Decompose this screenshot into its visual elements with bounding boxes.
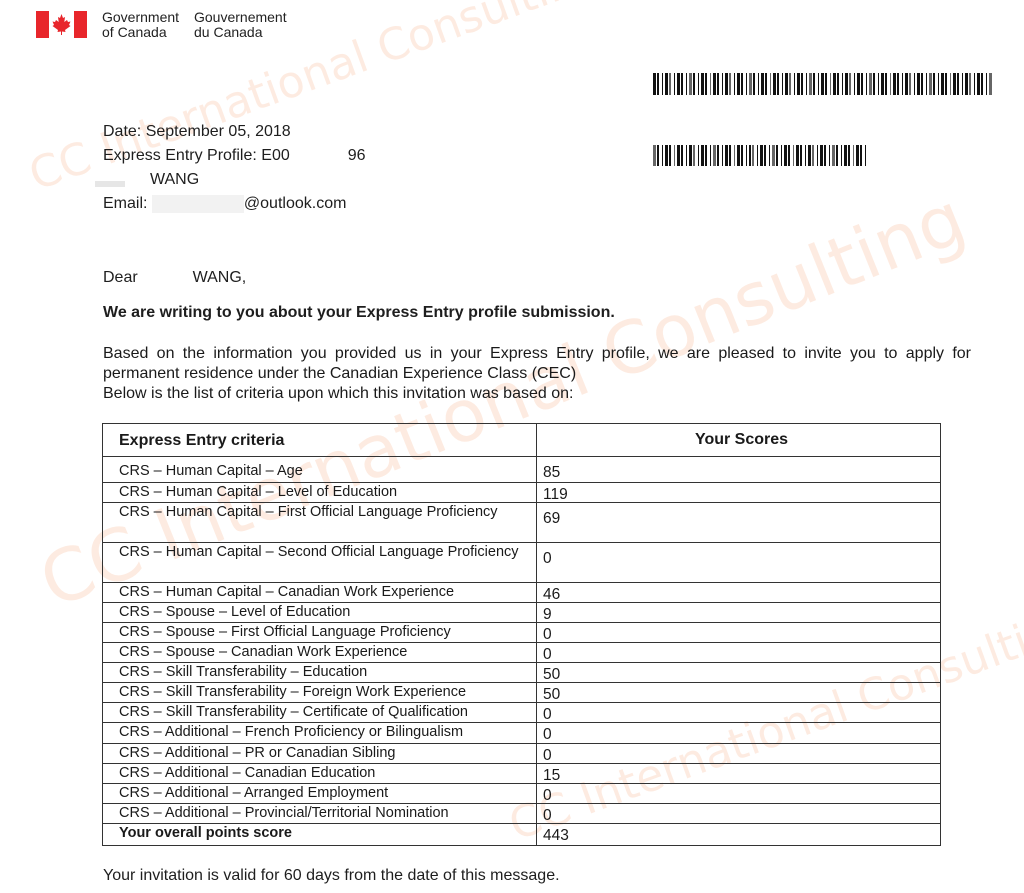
table-row: CRS – Additional – Provincial/Territoria… — [103, 803, 940, 823]
government-of-canada-fr: Gouvernement du Canada — [194, 10, 287, 40]
barcode-bottom — [653, 145, 868, 166]
table-row: CRS – Skill Transferability – Foreign Wo… — [103, 682, 940, 702]
table-row: CRS – Spouse – Canadian Work Experience0 — [103, 642, 940, 662]
para-line1: Based on the information you provided us… — [103, 344, 971, 364]
col-header-criteria: Express Entry criteria — [103, 424, 537, 456]
criteria-cell: CRS – Human Capital – Second Official La… — [103, 543, 537, 582]
criteria-cell: CRS – Spouse – Level of Education — [103, 603, 537, 622]
score-cell: 0 — [537, 784, 940, 803]
criteria-cell: CRS – Spouse – Canadian Work Experience — [103, 643, 537, 662]
criteria-cell: CRS – Additional – French Proficiency or… — [103, 723, 537, 743]
criteria-cell: CRS – Spouse – First Official Language P… — [103, 623, 537, 642]
date-line: Date: September 05, 2018 — [103, 122, 291, 142]
score-cell: 0 — [537, 744, 940, 763]
gov-fr-line1: Gouvernement — [194, 10, 287, 25]
table-row: CRS – Additional – French Proficiency or… — [103, 722, 940, 743]
criteria-cell: CRS – Human Capital – Age — [103, 457, 537, 482]
table-row: CRS – Spouse – First Official Language P… — [103, 622, 940, 642]
table-row: CRS – Additional – PR or Canadian Siblin… — [103, 743, 940, 763]
table-row: CRS – Human Capital – Level of Education… — [103, 482, 940, 502]
email-domain: @outlook.com — [244, 195, 347, 212]
profile-line: Express Entry Profile: E0096 — [103, 146, 366, 166]
date-label: Date: — [103, 123, 141, 140]
total-label: Your overall points score — [103, 824, 537, 845]
salutation-name: WANG, — [193, 269, 247, 286]
intro-paragraph: Based on the information you provided us… — [103, 344, 971, 404]
gov-en-line1: Government — [102, 10, 179, 25]
redacted-block — [152, 195, 244, 213]
salutation: Dear WANG, — [103, 269, 246, 287]
salutation-prefix: Dear — [103, 269, 138, 286]
criteria-cell: CRS – Skill Transferability – Education — [103, 663, 537, 682]
criteria-cell: CRS – Human Capital – Level of Education — [103, 483, 537, 502]
criteria-cell: CRS – Additional – Arranged Employment — [103, 784, 537, 803]
redacted-block — [290, 147, 348, 165]
para-line2: permanent residence under the Canadian E… — [103, 364, 971, 384]
score-cell: 50 — [537, 683, 940, 702]
criteria-cell: CRS – Additional – Provincial/Territoria… — [103, 804, 537, 823]
score-cell: 0 — [537, 703, 940, 722]
criteria-table: Express Entry criteria Your Scores CRS –… — [102, 423, 941, 846]
total-score: 443 — [537, 824, 940, 845]
date-value: September 05, 2018 — [146, 123, 291, 140]
redacted-block — [95, 181, 125, 187]
email-label: Email: — [103, 195, 147, 212]
criteria-cell: CRS – Additional – PR or Canadian Siblin… — [103, 744, 537, 763]
email-line: Email: @outlook.com — [103, 194, 346, 214]
table-row: CRS – Human Capital – Canadian Work Expe… — [103, 582, 940, 602]
government-of-canada-en: Government of Canada — [102, 10, 179, 40]
score-cell: 0 — [537, 804, 940, 823]
score-cell: 85 — [537, 457, 940, 482]
score-cell: 119 — [537, 483, 940, 502]
validity-note: Your invitation is valid for 60 days fro… — [103, 867, 560, 885]
col-header-scores: Your Scores — [537, 424, 940, 456]
table-row: CRS – Additional – Canadian Education15 — [103, 763, 940, 783]
score-cell: 0 — [537, 643, 940, 662]
score-cell: 0 — [537, 623, 940, 642]
table-row: CRS – Human Capital – First Official Lan… — [103, 502, 940, 542]
score-cell: 50 — [537, 663, 940, 682]
table-row: CRS – Human Capital – Second Official La… — [103, 542, 940, 582]
profile-label: Express Entry Profile: — [103, 147, 257, 164]
maple-leaf-icon — [51, 13, 72, 36]
gov-fr-line2: du Canada — [194, 25, 287, 40]
profile-value-suffix: 96 — [348, 147, 366, 164]
table-row: CRS – Additional – Arranged Employment0 — [103, 783, 940, 803]
canada-flag-icon — [36, 11, 87, 38]
score-cell: 9 — [537, 603, 940, 622]
criteria-cell: CRS – Human Capital – Canadian Work Expe… — [103, 583, 537, 602]
subject-line: We are writing to you about your Express… — [103, 304, 615, 322]
table-total-row: Your overall points score443 — [103, 823, 940, 845]
applicant-name: WANG — [150, 170, 199, 190]
table-row: CRS – Skill Transferability – Certificat… — [103, 702, 940, 722]
score-cell: 46 — [537, 583, 940, 602]
table-row: CRS – Skill Transferability – Education5… — [103, 662, 940, 682]
criteria-cell: CRS – Skill Transferability – Foreign Wo… — [103, 683, 537, 702]
profile-value-prefix: E00 — [261, 147, 289, 164]
table-row: CRS – Spouse – Level of Education9 — [103, 602, 940, 622]
score-cell: 15 — [537, 764, 940, 783]
criteria-cell: CRS – Human Capital – First Official Lan… — [103, 503, 537, 542]
barcode-top — [653, 73, 993, 95]
gov-en-line2: of Canada — [102, 25, 179, 40]
para-line3: Below is the list of criteria upon which… — [103, 384, 971, 404]
criteria-cell: CRS – Skill Transferability – Certificat… — [103, 703, 537, 722]
score-cell: 0 — [537, 543, 940, 582]
criteria-cell: CRS – Additional – Canadian Education — [103, 764, 537, 783]
table-header: Express Entry criteria Your Scores — [103, 424, 940, 456]
table-row: CRS – Human Capital – Age85 — [103, 456, 940, 482]
score-cell: 0 — [537, 723, 940, 743]
score-cell: 69 — [537, 503, 940, 542]
